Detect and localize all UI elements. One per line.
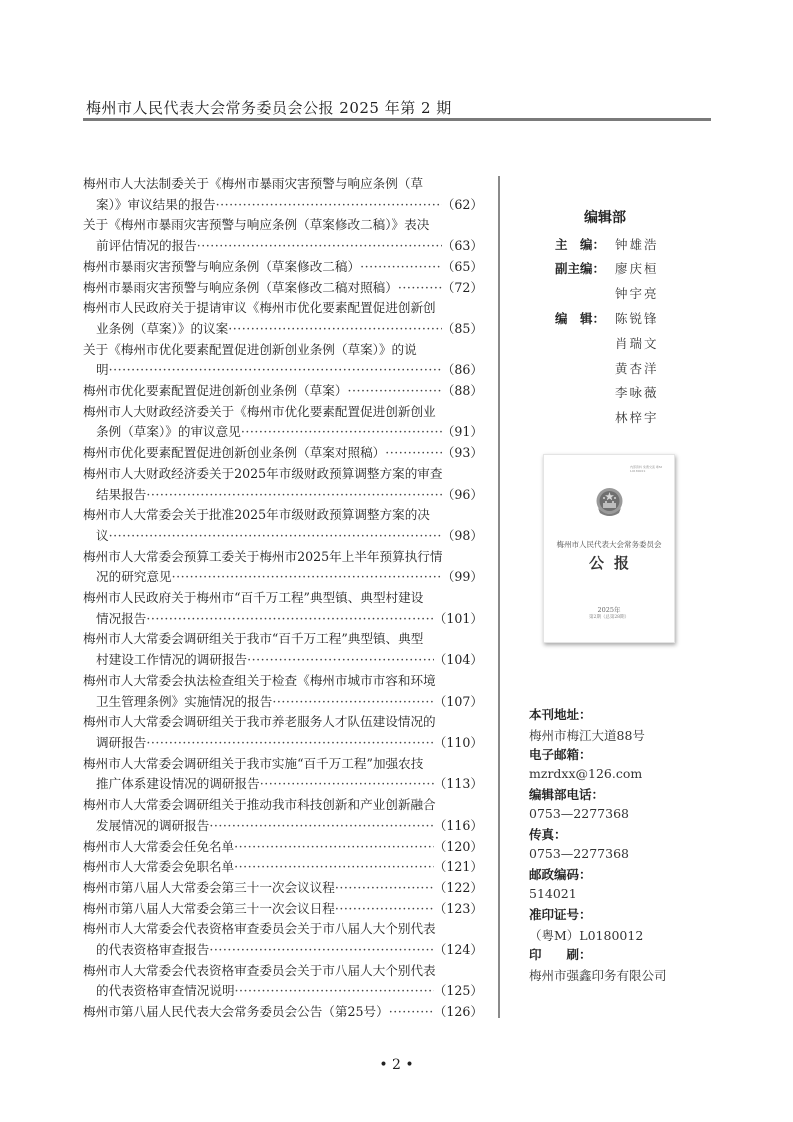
toc-page-number: （120） bbox=[434, 837, 483, 858]
toc-entry[interactable]: 梅州市优化要素配置促进创新创业条例（草案）（88） bbox=[83, 381, 483, 402]
toc-line: 梅州市人大常委会调研组关于我市实施“百千万工程”加强农技 bbox=[83, 754, 483, 775]
toc-line: 梅州市人大常委会免职名单（121） bbox=[83, 857, 483, 878]
toc-entry-title: 梅州市第八届人民代表大会常务委员会公告（第25号） bbox=[83, 1002, 389, 1023]
toc-entry-title: 况的研究意见 bbox=[96, 567, 172, 588]
toc-entry[interactable]: 梅州市人大常委会调研组关于推动我市科技创新和产业创新融合发展情况的调研报告（11… bbox=[83, 795, 483, 836]
toc-line: 梅州市人大常委会执法检查组关于检查《梅州市城市市容和环境 bbox=[83, 671, 483, 692]
editorial-row: 林梓宇 bbox=[555, 408, 659, 426]
toc-page-number: （72） bbox=[442, 278, 483, 299]
toc-page-number: （121） bbox=[434, 857, 483, 878]
toc-leader-dots bbox=[234, 857, 434, 878]
toc-entry-title: 梅州市人大常委会执法检查组关于检查《梅州市城市市容和环境 bbox=[83, 671, 436, 692]
cover-tiny-text: 内部资料 免费交流 粤M L0180012 bbox=[630, 465, 662, 473]
toc-entry-title: 村建设工作情况的调研报告 bbox=[96, 650, 247, 671]
toc-line: 梅州市暴雨灾害预警与响应条例（草案修改二稿对照稿）（72） bbox=[83, 278, 483, 299]
toc-page-number: （110） bbox=[434, 733, 483, 754]
toc-entry-title: 条例（草案）》的审议意见 bbox=[96, 422, 241, 443]
toc-line: 梅州市人大常委会调研组关于推动我市科技创新和产业创新融合 bbox=[83, 795, 483, 816]
toc-leader-dots bbox=[385, 443, 442, 464]
editorial-role-label: 副主编： bbox=[555, 259, 615, 277]
toc-page-number: （65） bbox=[442, 257, 483, 278]
toc-entry[interactable]: 梅州市人大常委会调研组关于我市养老服务人才队伍建设情况的调研报告（110） bbox=[83, 712, 483, 753]
toc-entry-title: 的代表资格审查情况说明 bbox=[96, 981, 235, 1002]
toc-line: 梅州市人大常委会调研组关于我市养老服务人才队伍建设情况的 bbox=[83, 712, 483, 733]
info-value: 梅州市梅江大道88号 bbox=[529, 726, 645, 744]
toc-line: 关于《梅州市优化要素配置促进创新创业条例（草案）》的说 bbox=[83, 340, 483, 361]
toc-entry-title: 明 bbox=[96, 360, 109, 381]
editorial-row: 钟宇亮 bbox=[555, 284, 659, 302]
toc-leader-dots bbox=[216, 195, 442, 216]
toc-page-number: （113） bbox=[434, 774, 483, 795]
editorial-role-label: 主 编： bbox=[555, 235, 615, 253]
toc-line: 情况报告（101） bbox=[83, 609, 483, 630]
editorial-row: 编 辑：陈锐锋 bbox=[555, 309, 659, 327]
info-label: 印 刷： bbox=[529, 945, 592, 963]
info-value: 514021 bbox=[529, 886, 577, 901]
toc-line: 梅州市人大常委会预算工委关于梅州市2025年上半年预算执行情 bbox=[83, 547, 483, 568]
toc-entry-title: 梅州市人大常委会关于批准2025年市级财政预算调整方案的决 bbox=[83, 505, 430, 526]
toc-line: 议（98） bbox=[83, 526, 483, 547]
toc-page-number: （86） bbox=[442, 360, 483, 381]
toc-entry-title: 案）》审议结果的报告 bbox=[96, 195, 216, 216]
cover-thumbnail: 内部资料 免费交流 粤M L0180012 梅州市人民代表大会常务委员会 公报 … bbox=[543, 454, 675, 643]
info-value[interactable]: mzrdxx@126.com bbox=[529, 766, 642, 781]
toc-leader-dots bbox=[241, 422, 442, 443]
info-label: 邮政编码： bbox=[529, 865, 592, 883]
toc-entry[interactable]: 梅州市人大常委会调研组关于我市“百千万工程”典型镇、典型村建设工作情况的调研报告… bbox=[83, 629, 483, 670]
toc-leader-dots bbox=[172, 567, 442, 588]
toc-leader-dots bbox=[234, 837, 434, 858]
info-label: 传真： bbox=[529, 825, 567, 843]
toc-page-number: （85） bbox=[442, 319, 483, 340]
toc-entry[interactable]: 梅州市人大常委会任免名单（120） bbox=[83, 837, 483, 858]
info-value: 0753—2277368 bbox=[529, 806, 629, 821]
toc-entry-title: 梅州市第八届人大常委会第三十一次会议日程 bbox=[83, 899, 335, 920]
info-value: （粤M）L0180012 bbox=[529, 926, 643, 944]
toc-entry-title: 梅州市人大常委会任免名单 bbox=[83, 837, 234, 858]
toc-entry-title: 关于《梅州市优化要素配置促进创新创业条例（草案）》的说 bbox=[83, 340, 417, 361]
toc-line: 梅州市人大财政经济委关于2025年市级财政预算调整方案的审查 bbox=[83, 464, 483, 485]
editorial-row: 黄杏洋 bbox=[555, 359, 659, 377]
editorial-staff-name: 钟雄浩 bbox=[615, 237, 659, 252]
toc-entry-title: 梅州市人民政府关于提请审议《梅州市优化要素配置促进创新创 bbox=[83, 298, 436, 319]
toc-entry-title: 梅州市暴雨灾害预警与响应条例（草案修改二稿对照稿） bbox=[83, 278, 398, 299]
toc-page-number: （63） bbox=[442, 236, 483, 257]
editorial-title: 编辑部 bbox=[584, 207, 626, 227]
toc-line: 的代表资格审查报告（124） bbox=[83, 940, 483, 961]
toc-entry[interactable]: 关于《梅州市优化要素配置促进创新创业条例（草案）》的说明（86） bbox=[83, 340, 483, 381]
editorial-staff-name: 廖庆桓 bbox=[615, 261, 659, 276]
toc-entry-title: 卫生管理条例》实施情况的报告 bbox=[96, 692, 272, 713]
toc-entry-title: 梅州市优化要素配置促进创新创业条例（草案对照稿） bbox=[83, 443, 385, 464]
page-number: • 2 • bbox=[0, 1057, 793, 1073]
editorial-staff-name: 林梓宇 bbox=[615, 410, 659, 425]
toc-page-number: （123） bbox=[434, 899, 483, 920]
editorial-role-label: 编 辑： bbox=[555, 309, 615, 327]
info-value: 0753—2277368 bbox=[529, 846, 629, 861]
cover-year: 2025年 bbox=[544, 605, 674, 614]
toc-leader-dots bbox=[146, 733, 433, 754]
toc-leader-dots bbox=[335, 899, 434, 920]
toc-page-number: （116） bbox=[434, 816, 483, 837]
toc-line: 梅州市人民政府关于提请审议《梅州市优化要素配置促进创新创 bbox=[83, 298, 483, 319]
toc-entry-title: 梅州市第八届人大常委会第三十一次会议议程 bbox=[83, 878, 335, 899]
toc-entry-title: 推广体系建设情况的调研报告 bbox=[96, 774, 260, 795]
toc-page-number: （101） bbox=[434, 609, 483, 630]
toc-line: 业条例（草案）》的议案（85） bbox=[83, 319, 483, 340]
toc-entry[interactable]: 梅州市第八届人大常委会第三十一次会议日程（123） bbox=[83, 899, 483, 920]
toc-line: 发展情况的调研报告（116） bbox=[83, 816, 483, 837]
toc-page-number: （91） bbox=[442, 422, 483, 443]
toc-entry[interactable]: 梅州市人大常委会代表资格审查委员会关于市八届人大个别代表的代表资格审查报告（12… bbox=[83, 919, 483, 960]
table-of-contents: 梅州市人大法制委关于《梅州市暴雨灾害预警与响应条例（草案）》审议结果的报告（62… bbox=[83, 174, 483, 1023]
toc-entry-title: 发展情况的调研报告 bbox=[96, 816, 209, 837]
editorial-row: 主 编：钟雄浩 bbox=[555, 235, 659, 253]
toc-page-number: （125） bbox=[434, 981, 483, 1002]
toc-line: 结果报告（96） bbox=[83, 485, 483, 506]
toc-leader-dots bbox=[109, 360, 442, 381]
toc-line: 调研报告（110） bbox=[83, 733, 483, 754]
toc-entry[interactable]: 梅州市第八届人民代表大会常务委员会公告（第25号）（126） bbox=[83, 1002, 483, 1023]
toc-entry[interactable]: 梅州市人民政府关于梅州市“百千万工程”典型镇、典型村建设情况报告（101） bbox=[83, 588, 483, 629]
toc-leader-dots bbox=[260, 774, 434, 795]
toc-line: 梅州市人大常委会代表资格审查委员会关于市八届人大个别代表 bbox=[83, 961, 483, 982]
toc-line: 梅州市人大常委会关于批准2025年市级财政预算调整方案的决 bbox=[83, 505, 483, 526]
info-label: 电子邮箱： bbox=[529, 745, 592, 763]
info-label: 本刊地址： bbox=[529, 705, 592, 723]
toc-entry-title: 梅州市人大常委会调研组关于我市实施“百千万工程”加强农技 bbox=[83, 754, 423, 775]
toc-line: 梅州市人民政府关于梅州市“百千万工程”典型镇、典型村建设 bbox=[83, 588, 483, 609]
toc-entry[interactable]: 梅州市优化要素配置促进创新创业条例（草案对照稿）（93） bbox=[83, 443, 483, 464]
toc-line: 的代表资格审查情况说明（125） bbox=[83, 981, 483, 1002]
toc-page-number: （88） bbox=[442, 381, 483, 402]
toc-entry[interactable]: 梅州市人民政府关于提请审议《梅州市优化要素配置促进创新创业条例（草案）》的议案（… bbox=[83, 298, 483, 339]
toc-entry-title: 梅州市人大常委会代表资格审查委员会关于市八届人大个别代表 bbox=[83, 919, 436, 940]
toc-line: 梅州市人大法制委关于《梅州市暴雨灾害预警与响应条例（草 bbox=[83, 174, 483, 195]
toc-entry-title: 梅州市优化要素配置促进创新创业条例（草案） bbox=[83, 381, 347, 402]
toc-leader-dots bbox=[146, 609, 433, 630]
toc-entry[interactable]: 梅州市暴雨灾害预警与响应条例（草案修改二稿）（65） bbox=[83, 257, 483, 278]
editorial-staff-name: 李咏薇 bbox=[615, 385, 659, 400]
editorial-staff-name: 陈锐锋 bbox=[615, 311, 659, 326]
national-emblem-icon bbox=[594, 486, 625, 520]
cover-issue: 第2期（总第28期） bbox=[544, 614, 674, 620]
toc-leader-dots bbox=[209, 940, 433, 961]
toc-line: 梅州市人大常委会代表资格审查委员会关于市八届人大个别代表 bbox=[83, 919, 483, 940]
toc-entry-title: 梅州市人大常委会调研组关于我市“百千万工程”典型镇、典型 bbox=[83, 629, 423, 650]
toc-entry[interactable]: 梅州市人大常委会免职名单（121） bbox=[83, 857, 483, 878]
toc-entry-title: 梅州市人大常委会预算工委关于梅州市2025年上半年预算执行情 bbox=[83, 547, 443, 568]
toc-entry[interactable]: 梅州市人大常委会预算工委关于梅州市2025年上半年预算执行情况的研究意见（99） bbox=[83, 547, 483, 588]
toc-entry-title: 梅州市暴雨灾害预警与响应条例（草案修改二稿） bbox=[83, 257, 360, 278]
toc-page-number: （107） bbox=[434, 692, 483, 713]
toc-entry[interactable]: 梅州市人大常委会调研组关于我市实施“百千万工程”加强农技推广体系建设情况的调研报… bbox=[83, 754, 483, 795]
toc-entry[interactable]: 梅州市人大财政经济委关于2025年市级财政预算调整方案的审查结果报告（96） bbox=[83, 464, 483, 505]
toc-leader-dots bbox=[235, 981, 434, 1002]
info-label: 编辑部电话： bbox=[529, 785, 604, 803]
toc-entry-title: 结果报告 bbox=[96, 485, 146, 506]
toc-entry-title: 调研报告 bbox=[96, 733, 146, 754]
toc-entry-title: 梅州市人民政府关于梅州市“百千万工程”典型镇、典型村建设 bbox=[83, 588, 423, 609]
toc-leader-dots bbox=[109, 526, 442, 547]
toc-entry[interactable]: 梅州市第八届人大常委会第三十一次会议议程（122） bbox=[83, 878, 483, 899]
toc-line: 梅州市第八届人大常委会第三十一次会议日程（123） bbox=[83, 899, 483, 920]
toc-line: 况的研究意见（99） bbox=[83, 567, 483, 588]
cover-org-name: 梅州市人民代表大会常务委员会 bbox=[544, 539, 674, 550]
header-rule bbox=[83, 118, 711, 121]
toc-entry-title: 梅州市人大常委会代表资格审查委员会关于市八届人大个别代表 bbox=[83, 961, 436, 982]
toc-leader-dots bbox=[347, 381, 441, 402]
toc-line: 明（86） bbox=[83, 360, 483, 381]
toc-line: 梅州市第八届人民代表大会常务委员会公告（第25号）（126） bbox=[83, 1002, 483, 1023]
toc-entry-title: 梅州市人大常委会调研组关于我市养老服务人才队伍建设情况的 bbox=[83, 712, 436, 733]
toc-entry[interactable]: 梅州市人大常委会关于批准2025年市级财政预算调整方案的决议（98） bbox=[83, 505, 483, 546]
cover-title: 公报 bbox=[544, 552, 674, 573]
toc-line: 梅州市第八届人大常委会第三十一次会议议程（122） bbox=[83, 878, 483, 899]
toc-line: 村建设工作情况的调研报告（104） bbox=[83, 650, 483, 671]
toc-page-number: （62） bbox=[442, 195, 483, 216]
info-label: 准印证号： bbox=[529, 905, 592, 923]
toc-line: 案）》审议结果的报告（62） bbox=[83, 195, 483, 216]
toc-leader-dots bbox=[247, 650, 434, 671]
toc-leader-dots bbox=[272, 692, 433, 713]
toc-page-number: （99） bbox=[442, 567, 483, 588]
editorial-staff-name: 钟宇亮 bbox=[615, 286, 659, 301]
toc-page-number: （124） bbox=[434, 940, 483, 961]
toc-leader-dots bbox=[360, 257, 442, 278]
toc-entry-title: 的代表资格审查报告 bbox=[96, 940, 209, 961]
toc-leader-dots bbox=[146, 485, 441, 506]
toc-line: 梅州市人大财政经济委关于《梅州市优化要素配置促进创新创业 bbox=[83, 402, 483, 423]
toc-entry-title: 梅州市人大常委会免职名单 bbox=[83, 857, 234, 878]
toc-entry-title: 情况报告 bbox=[96, 609, 146, 630]
toc-line: 卫生管理条例》实施情况的报告（107） bbox=[83, 692, 483, 713]
toc-leader-dots bbox=[228, 319, 442, 340]
editorial-row: 肖瑞文 bbox=[555, 334, 659, 352]
toc-entry-title: 梅州市人大财政经济委关于《梅州市优化要素配置促进创新创业 bbox=[83, 402, 436, 423]
toc-entry[interactable]: 梅州市人大常委会执法检查组关于检查《梅州市城市市容和环境卫生管理条例》实施情况的… bbox=[83, 671, 483, 712]
toc-page-number: （98） bbox=[442, 526, 483, 547]
toc-line: 梅州市人大常委会调研组关于我市“百千万工程”典型镇、典型 bbox=[83, 629, 483, 650]
toc-entry-title: 议 bbox=[96, 526, 109, 547]
toc-entry[interactable]: 梅州市人大法制委关于《梅州市暴雨灾害预警与响应条例（草案）》审议结果的报告（62… bbox=[83, 174, 483, 215]
toc-leader-dots bbox=[398, 278, 442, 299]
toc-page-number: （96） bbox=[442, 485, 483, 506]
info-value: 梅州市强鑫印务有限公司 bbox=[529, 966, 667, 984]
toc-line: 条例（草案）》的审议意见（91） bbox=[83, 422, 483, 443]
toc-entry-title: 梅州市人大财政经济委关于2025年市级财政预算调整方案的审查 bbox=[83, 464, 443, 485]
toc-line: 梅州市优化要素配置促进创新创业条例（草案对照稿）（93） bbox=[83, 443, 483, 464]
toc-leader-dots bbox=[197, 236, 442, 257]
toc-entry[interactable]: 关于《梅州市暴雨灾害预警与响应条例（草案修改二稿）》表决前评估情况的报告（63） bbox=[83, 215, 483, 256]
toc-line: 推广体系建设情况的调研报告（113） bbox=[83, 774, 483, 795]
column-divider bbox=[498, 176, 500, 1018]
toc-page-number: （122） bbox=[434, 878, 483, 899]
editorial-staff-name: 黄杏洋 bbox=[615, 361, 659, 376]
toc-leader-dots bbox=[209, 816, 433, 837]
toc-entry[interactable]: 梅州市人大常委会代表资格审查委员会关于市八届人大个别代表的代表资格审查情况说明（… bbox=[83, 961, 483, 1002]
toc-entry-title: 业条例（草案）》的议案 bbox=[96, 319, 228, 340]
editorial-staff-name: 肖瑞文 bbox=[615, 336, 659, 351]
toc-page-number: （93） bbox=[442, 443, 483, 464]
toc-page-number: （126） bbox=[434, 1002, 483, 1023]
toc-line: 前评估情况的报告（63） bbox=[83, 236, 483, 257]
journal-header-title: 梅州市人民代表大会常务委员会公报 2025 年第 2 期 bbox=[86, 97, 452, 118]
toc-line: 梅州市优化要素配置促进创新创业条例（草案）（88） bbox=[83, 381, 483, 402]
toc-line: 关于《梅州市暴雨灾害预警与响应条例（草案修改二稿）》表决 bbox=[83, 215, 483, 236]
toc-leader-dots bbox=[335, 878, 434, 899]
editorial-row: 李咏薇 bbox=[555, 383, 659, 401]
toc-entry[interactable]: 梅州市人大财政经济委关于《梅州市优化要素配置促进创新创业条例（草案）》的审议意见… bbox=[83, 402, 483, 443]
toc-line: 梅州市暴雨灾害预警与响应条例（草案修改二稿）（65） bbox=[83, 257, 483, 278]
toc-entry-title: 前评估情况的报告 bbox=[96, 236, 197, 257]
editorial-row: 副主编：廖庆桓 bbox=[555, 259, 659, 277]
toc-entry-title: 关于《梅州市暴雨灾害预警与响应条例（草案修改二稿）》表决 bbox=[83, 215, 429, 236]
toc-line: 梅州市人大常委会任免名单（120） bbox=[83, 837, 483, 858]
toc-leader-dots bbox=[389, 1002, 434, 1023]
toc-page-number: （104） bbox=[434, 650, 483, 671]
toc-entry-title: 梅州市人大法制委关于《梅州市暴雨灾害预警与响应条例（草 bbox=[83, 174, 423, 195]
toc-entry-title: 梅州市人大常委会调研组关于推动我市科技创新和产业创新融合 bbox=[83, 795, 436, 816]
toc-entry[interactable]: 梅州市暴雨灾害预警与响应条例（草案修改二稿对照稿）（72） bbox=[83, 278, 483, 299]
